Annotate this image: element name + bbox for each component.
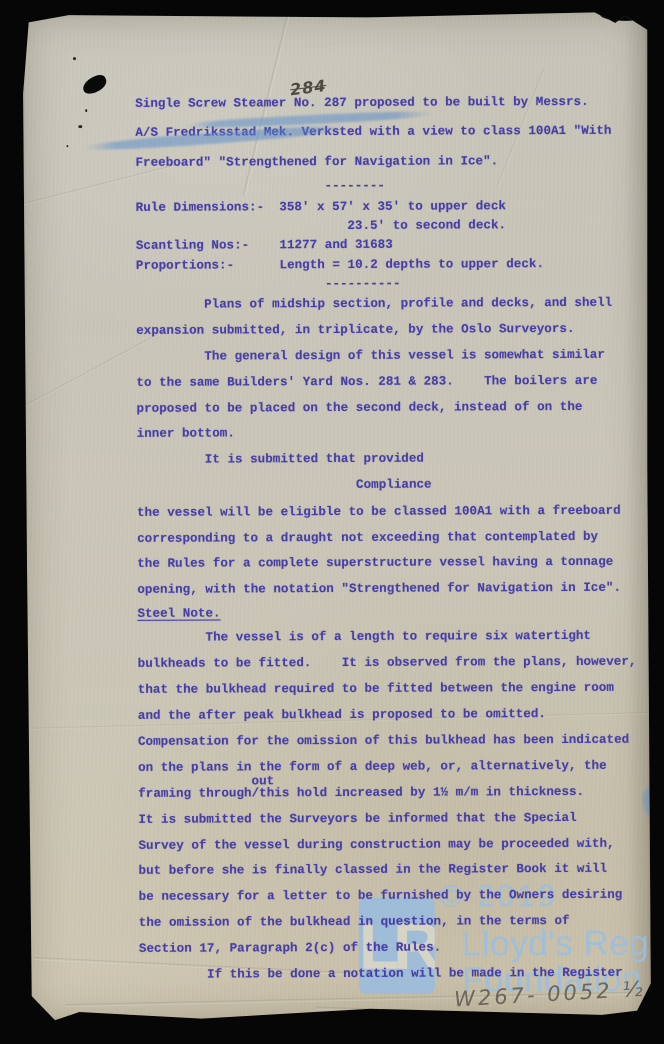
typed-line: the vessel will be eligible to be classe… bbox=[137, 498, 646, 526]
paper-speck bbox=[73, 57, 76, 60]
typed-line: Freeboard" "Strengthened for Navigation … bbox=[135, 147, 644, 178]
paper-speck bbox=[85, 109, 87, 112]
typed-line: Compensation for the omission of this bu… bbox=[138, 727, 647, 755]
typed-line: Compliance bbox=[137, 471, 646, 500]
typed-line: and the after peak bulkhead is proposed … bbox=[138, 701, 647, 729]
typed-line: framing through/this hold increased by 1… bbox=[138, 779, 647, 808]
typed-line: -------- bbox=[136, 176, 645, 197]
typed-line: corresponding to a draught not exceeding… bbox=[137, 524, 646, 552]
typed-line: Steel Note. bbox=[137, 601, 646, 626]
typed-line: Survey of the vessel during construction… bbox=[138, 831, 647, 859]
typed-line: proposed to be placed on the second deck… bbox=[136, 394, 645, 422]
typed-line: be necessary for a letter to be furnishe… bbox=[139, 882, 648, 910]
document-page: LR © 2019 Lloyd's Register Foundation Si… bbox=[22, 11, 652, 1022]
typed-line: the omission of the bulkhead in question… bbox=[139, 908, 648, 936]
typed-line: bulkheads to be fitted. It is observed f… bbox=[138, 649, 647, 677]
typed-line: that the bulkhead required to be fitted … bbox=[138, 675, 647, 703]
typed-line: Rule Dimensions:- 358' x 57' x 35' to up… bbox=[136, 195, 645, 219]
paper-speck bbox=[66, 145, 68, 147]
typed-line: It is submitted that provided bbox=[137, 445, 646, 473]
scan-background: LR © 2019 Lloyd's Register Foundation Si… bbox=[0, 0, 664, 1044]
typed-line: opening, with the notation "Strengthened… bbox=[137, 575, 646, 603]
typed-line: Single Screw Steamer No. 287 proposed to… bbox=[135, 89, 644, 117]
typed-line: A/S Fredriksstad Mek. Verksted with a vi… bbox=[135, 115, 644, 149]
paper-corner-tear bbox=[599, 2, 662, 23]
typed-line: the Rules for a complete superstructure … bbox=[137, 550, 646, 577]
pencil-crossed-number: 284 bbox=[289, 78, 327, 98]
typed-line: Section 17, Paragraph 2(c) of the Rules. bbox=[139, 934, 648, 962]
typed-line: The vessel is of a length to require six… bbox=[137, 624, 646, 651]
typed-line: on the plans in the form of a deep web, … bbox=[138, 753, 647, 781]
typed-line: inner bottom. bbox=[137, 420, 646, 447]
typed-line: to the same Builders' Yard Nos. 281 & 28… bbox=[136, 368, 645, 396]
typed-line: The general design of this vessel is som… bbox=[136, 342, 645, 370]
paper-hole bbox=[80, 73, 109, 97]
typed-line: Proportions:- Length = 10.2 depths to up… bbox=[136, 254, 645, 277]
paper-speck bbox=[78, 125, 82, 128]
typed-insertion: out bbox=[251, 768, 274, 795]
typed-line: expansion submitted, in triplicate, by t… bbox=[136, 316, 645, 344]
typed-lines: Single Screw Steamer No. 287 proposed to… bbox=[135, 89, 648, 988]
typed-line: Scantling Nos:- 11277 and 31683 bbox=[136, 234, 645, 256]
typed-line: but before she is finally classed in the… bbox=[138, 857, 647, 884]
typed-line: It is submitted the Surveyors be informe… bbox=[138, 806, 647, 833]
typed-line: Plans of midship section, profile and de… bbox=[136, 291, 645, 318]
